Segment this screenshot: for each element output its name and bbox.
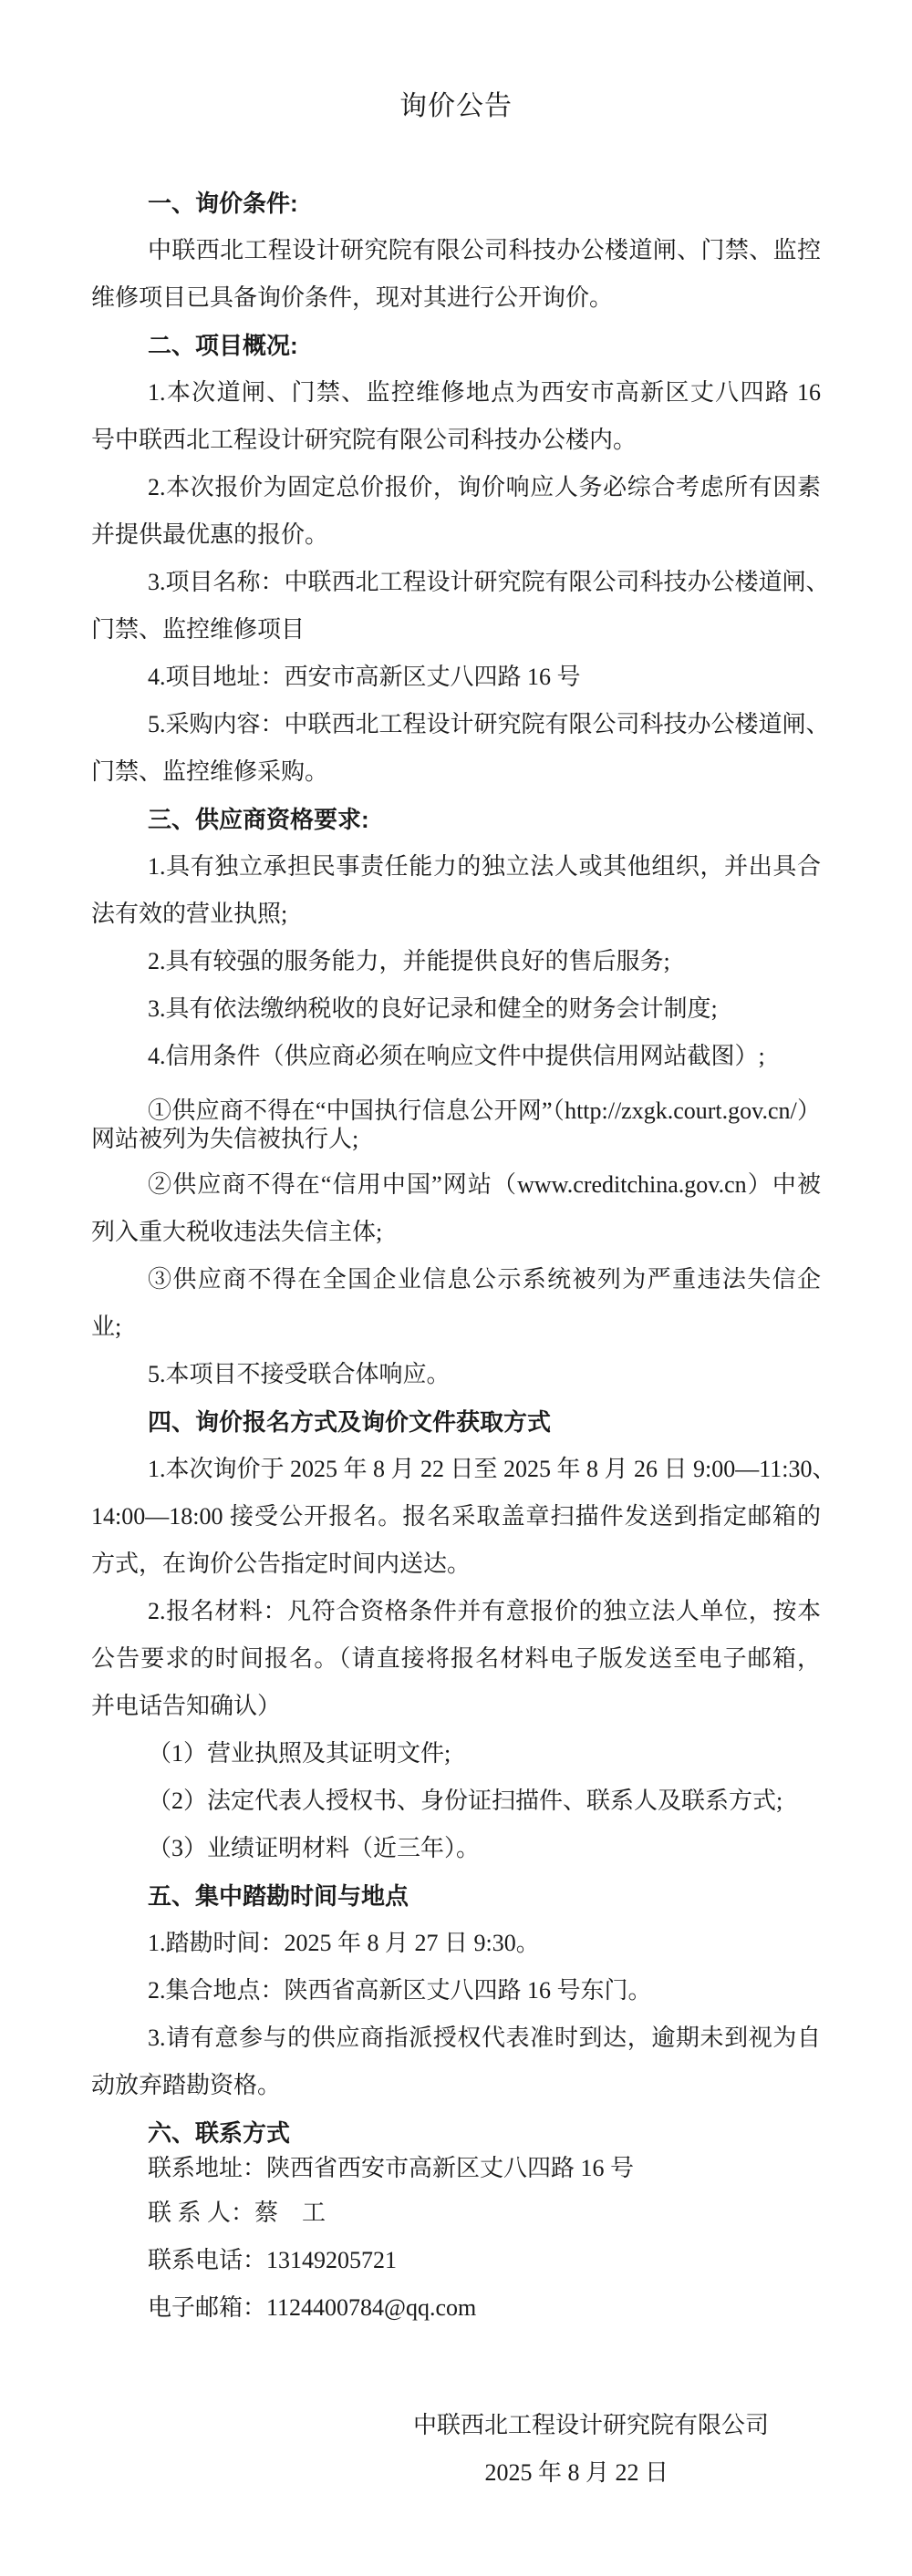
text-line: （2）法定代表人授权书、身份证扫描件、联系人及联系方式; (91, 1777, 821, 1825)
paragraph: 3.项目名称：中联西北工程设计研究院有限公司科技办公楼道闸、门禁、监控维修项目 (91, 559, 821, 654)
section-heading: 一、询价条件: (91, 180, 821, 227)
paragraph: 联系地址：陕西省西安市高新区丈八四路 16 号 (91, 2154, 821, 2182)
paragraph: 1.本次询价于 2025 年 8 月 22 日至 2025 年 8 月 26 日… (91, 1446, 821, 1588)
text-line: 公告要求的时间报名。（请直接将报名材料电子版发送至电子邮箱， (91, 1635, 821, 1683)
text-line: （1）营业执照及其证明文件; (91, 1730, 821, 1777)
paragraph: 联系电话：13149205721 (91, 2237, 821, 2284)
signature-company: 中联西北工程设计研究院有限公司 (91, 2402, 821, 2449)
document-title: 询价公告 (91, 83, 821, 130)
text-line: 门禁、监控维修采购。 (91, 748, 821, 796)
text-line: 1.踏勘时间：2025 年 8 月 27 日 9:30。 (91, 1920, 821, 1967)
text-line: 并电话告知确认） (91, 1683, 821, 1730)
text-line: 号中联西北工程设计研究院有限公司科技办公楼内。 (91, 417, 821, 464)
paragraph: 1.具有独立承担民事责任能力的独立法人或其他组织，并出具合法有效的营业执照; (91, 843, 821, 938)
text-line: 2.集合地点：陕西省高新区丈八四路 16 号东门。 (91, 1967, 821, 2014)
text-line: 中联西北工程设计研究院有限公司科技办公楼道闸、门禁、监控 (91, 227, 821, 274)
text-line: 3.项目名称：中联西北工程设计研究院有限公司科技办公楼道闸、 (91, 559, 821, 606)
paragraph: ②供应商不得在“信用中国”网站（www.creditchina.gov.cn）中… (91, 1161, 821, 1256)
paragraph: 2.报名材料：凡符合资格条件并有意报价的独立法人单位，按本公告要求的时间报名。（… (91, 1588, 821, 1730)
text-line: 法有效的营业执照; (91, 891, 821, 938)
document-body: 一、询价条件:中联西北工程设计研究院有限公司科技办公楼道闸、门禁、监控维修项目已… (91, 180, 821, 2332)
text-line: （3）业绩证明材料（近三年）。 (91, 1825, 821, 1872)
text-line: 1.本次询价于 2025 年 8 月 22 日至 2025 年 8 月 26 日… (91, 1446, 821, 1493)
paragraph: 4.信用条件（供应商必须在响应文件中提供信用网站截图）; (91, 1033, 821, 1080)
paragraph: 1.本次道闸、门禁、监控维修地点为西安市高新区丈八四路 16号中联西北工程设计研… (91, 369, 821, 464)
text-line: 维修项目已具备询价条件，现对其进行公开询价。 (91, 274, 821, 322)
paragraph: 3.具有依法缴纳税收的良好记录和健全的财务会计制度; (91, 985, 821, 1033)
text-line: 3.请有意参与的供应商指派授权代表准时到达，逾期未到视为自 (91, 2014, 821, 2062)
paragraph: （1）营业执照及其证明文件; (91, 1730, 821, 1777)
text-line: 4.项目地址：西安市高新区丈八四路 16 号 (91, 654, 821, 701)
paragraph: （2）法定代表人授权书、身份证扫描件、联系人及联系方式; (91, 1777, 821, 1825)
text-line: 2.报名材料：凡符合资格条件并有意报价的独立法人单位，按本 (91, 1588, 821, 1635)
paragraph: 联 系 人：蔡 工 (91, 2190, 821, 2237)
text-line: 5.采购内容：中联西北工程设计研究院有限公司科技办公楼道闸、 (91, 701, 821, 748)
text-line: 14:00—18:00 接受公开报名。报名采取盖章扫描件发送到指定邮箱的 (91, 1493, 821, 1540)
paragraph: 2.集合地点：陕西省高新区丈八四路 16 号东门。 (91, 1967, 821, 2014)
paragraph: （3）业绩证明材料（近三年）。 (91, 1825, 821, 1872)
text-line: 联 系 人：蔡 工 (91, 2190, 821, 2237)
text-line: 1.本次道闸、门禁、监控维修地点为西安市高新区丈八四路 16 (91, 369, 821, 417)
section-heading: 五、集中踏勘时间与地点 (91, 1872, 821, 1920)
paragraph: 3.请有意参与的供应商指派授权代表准时到达，逾期未到视为自动放弃踏勘资格。 (91, 2014, 821, 2109)
section: 五、集中踏勘时间与地点 (91, 1872, 821, 1920)
paragraph: 2.具有较强的服务能力，并能提供良好的售后服务; (91, 938, 821, 985)
text-line: 联系电话：13149205721 (91, 2237, 821, 2284)
paragraph: 5.本项目不接受联合体响应。 (91, 1351, 821, 1398)
section: 六、联系方式 (91, 2109, 821, 2157)
text-line: 2.本次报价为固定总价报价，询价响应人务必综合考虑所有因素 (91, 464, 821, 511)
text-line: 网站被列为失信被执行人; (91, 1125, 821, 1153)
text-line: 2.具有较强的服务能力，并能提供良好的售后服务; (91, 938, 821, 985)
section-heading: 六、联系方式 (91, 2109, 821, 2157)
text-line: ②供应商不得在“信用中国”网站（www.creditchina.gov.cn）中… (91, 1161, 821, 1209)
section-heading: 二、项目概况: (91, 322, 821, 369)
paragraph: 电子邮箱：1124400784@qq.com (91, 2284, 821, 2332)
text-line: 5.本项目不接受联合体响应。 (91, 1351, 821, 1398)
text-line: 3.具有依法缴纳税收的良好记录和健全的财务会计制度; (91, 985, 821, 1033)
text-line: 并提供最优惠的报价。 (91, 511, 821, 559)
section: 三、供应商资格要求: (91, 796, 821, 843)
text-line: 列入重大税收违法失信主体; (91, 1209, 821, 1256)
text-line: 电子邮箱：1124400784@qq.com (91, 2284, 821, 2332)
paragraph: ③供应商不得在全国企业信息公示系统被列为严重违法失信企业; (91, 1256, 821, 1351)
section: 四、询价报名方式及询价文件获取方式 (91, 1398, 821, 1446)
paragraph: ①供应商不得在“中国执行信息公开网”（http://zxgk.court.gov… (91, 1097, 821, 1153)
paragraph: 4.项目地址：西安市高新区丈八四路 16 号 (91, 654, 821, 701)
text-line: ③供应商不得在全国企业信息公示系统被列为严重违法失信企 (91, 1256, 821, 1303)
text-line: 方式，在询价公告指定时间内送达。 (91, 1540, 821, 1588)
section-heading: 四、询价报名方式及询价文件获取方式 (91, 1398, 821, 1446)
text-line: 4.信用条件（供应商必须在响应文件中提供信用网站截图）; (91, 1033, 821, 1080)
text-line: ①供应商不得在“中国执行信息公开网”（http://zxgk.court.gov… (91, 1097, 821, 1125)
section: 一、询价条件: (91, 180, 821, 227)
signature-block: 中联西北工程设计研究院有限公司 2025 年 8 月 22 日 (91, 2402, 821, 2497)
paragraph: 1.踏勘时间：2025 年 8 月 27 日 9:30。 (91, 1920, 821, 1967)
text-line: 联系地址：陕西省西安市高新区丈八四路 16 号 (91, 2154, 821, 2182)
signature-date: 2025 年 8 月 22 日 (91, 2449, 821, 2497)
paragraph: 2.本次报价为固定总价报价，询价响应人务必综合考虑所有因素并提供最优惠的报价。 (91, 464, 821, 559)
section-heading: 三、供应商资格要求: (91, 796, 821, 843)
section: 二、项目概况: (91, 322, 821, 369)
paragraph: 中联西北工程设计研究院有限公司科技办公楼道闸、门禁、监控维修项目已具备询价条件，… (91, 227, 821, 322)
paragraph: 5.采购内容：中联西北工程设计研究院有限公司科技办公楼道闸、门禁、监控维修采购。 (91, 701, 821, 796)
text-line: 业; (91, 1303, 821, 1351)
text-line: 动放弃踏勘资格。 (91, 2062, 821, 2109)
text-line: 门禁、监控维修项目 (91, 606, 821, 654)
text-line: 1.具有独立承担民事责任能力的独立法人或其他组织，并出具合 (91, 843, 821, 891)
announcement-document: 询价公告 一、询价条件:中联西北工程设计研究院有限公司科技办公楼道闸、门禁、监控… (0, 0, 912, 2576)
